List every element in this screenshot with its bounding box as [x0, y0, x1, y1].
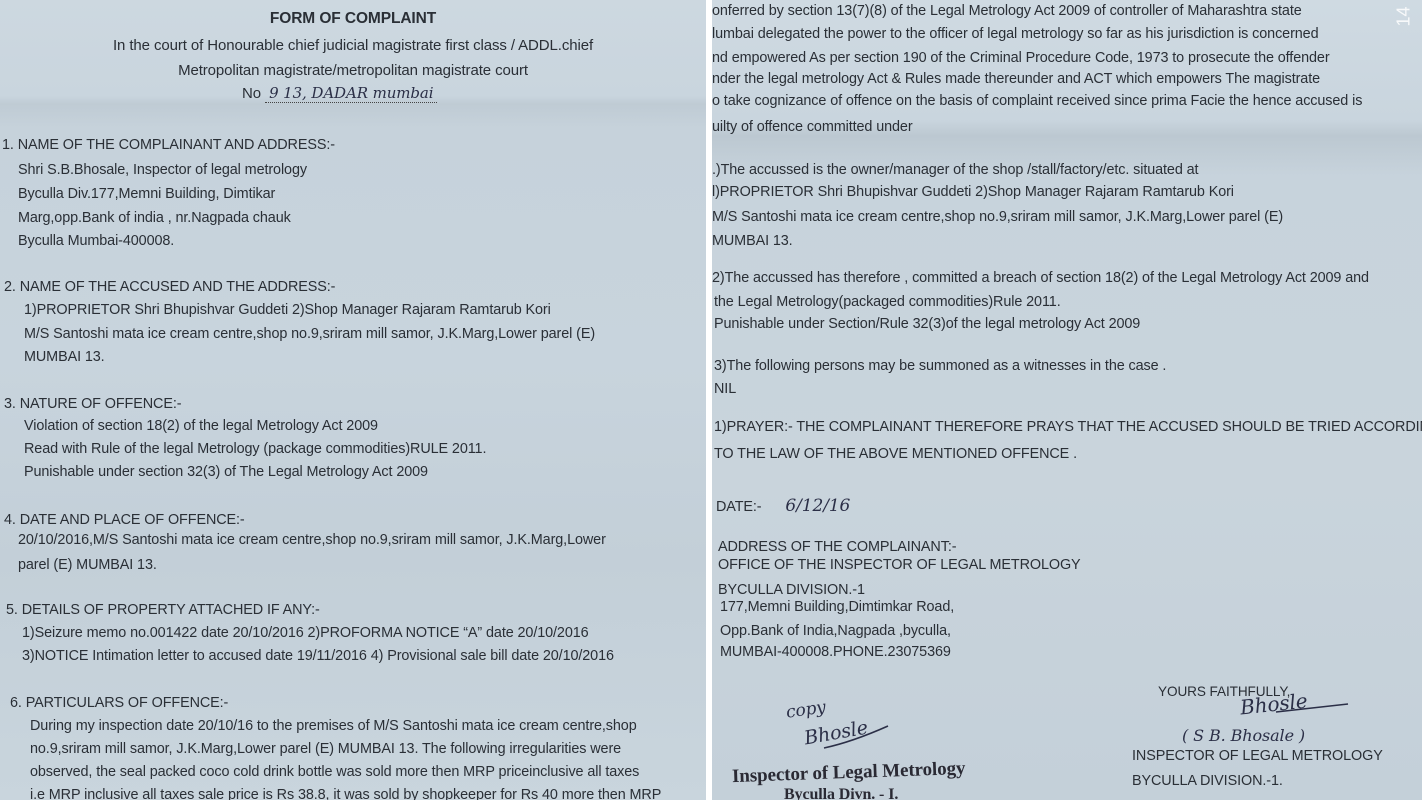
signatory-title: INSPECTOR OF LEGAL METROLOGY [1132, 748, 1383, 764]
court-line-1: In the court of Honourable chief judicia… [0, 37, 706, 54]
case-number-handwritten: 9 13, DADAR mumbai [265, 84, 437, 103]
section-3-heading: 3. NATURE OF OFFENCE:- [4, 396, 181, 412]
section-3-line: Read with Rule of the legal Metrology (p… [24, 441, 486, 457]
section-6-line: i.e MRP inclusive all taxes sale price i… [30, 787, 661, 800]
date-label: DATE:- [716, 499, 762, 515]
item-1-line: MUMBAI 13. [712, 233, 793, 249]
prayer-line: TO THE LAW OF THE ABOVE MENTIONED OFFENC… [714, 446, 1077, 462]
section-6-heading: 6. PARTICULARS OF OFFENCE:- [10, 695, 228, 711]
official-stamp-line-1: Inspector of Legal Metrology [732, 758, 966, 788]
section-6-line: During my inspection date 20/10/16 to th… [30, 718, 637, 734]
item-3-line: 3)The following persons may be summoned … [714, 358, 1166, 374]
item-2-line: 2)The accussed has therefore , committed… [712, 270, 1369, 286]
intro-line: lumbai delegated the power to the office… [712, 26, 1318, 42]
official-stamp-line-2: Byculla Divn. - I. [784, 786, 898, 800]
complainant-address-line: OFFICE OF THE INSPECTOR OF LEGAL METROLO… [718, 557, 1081, 573]
item-2-line: the Legal Metrology(packaged commodities… [714, 294, 1061, 310]
section-3-line: Punishable under section 32(3) of The Le… [24, 464, 428, 480]
section-5-heading: 5. DETAILS OF PROPERTY ATTACHED IF ANY:- [6, 602, 320, 618]
item-2-line: Punishable under Section/Rule 32(3)of th… [714, 316, 1140, 332]
case-number-label: No [242, 85, 261, 102]
section-5-line: 1)Seizure memo no.001422 date 20/10/2016… [22, 625, 589, 641]
date-field: DATE:- 6/12/16 [716, 496, 850, 516]
section-4-line: parel (E) MUMBAI 13. [18, 557, 157, 573]
section-4-line: 20/10/2016,M/S Santoshi mata ice cream c… [18, 532, 606, 548]
intro-line: uilty of offence committed under [712, 119, 913, 135]
section-1-heading: 1. NAME OF THE COMPLAINANT AND ADDRESS:- [2, 137, 335, 153]
section-4-heading: 4. DATE AND PLACE OF OFFENCE:- [4, 512, 245, 528]
intro-line: o take cognizance of offence on the basi… [712, 93, 1362, 109]
complainant-address-line: 177,Memni Building,Dimtimkar Road, [720, 599, 954, 615]
item-1-line: l)PROPRIETOR Shri Bhupishvar Guddeti 2)S… [712, 184, 1234, 200]
signature-underline-icon [1272, 696, 1352, 716]
section-6-line: observed, the seal packed coco cold drin… [30, 764, 639, 780]
complainant-address-line: ADDRESS OF THE COMPLAINANT:- [718, 539, 956, 555]
signature-flourish-icon [822, 722, 892, 752]
form-title: FORM OF COMPLAINT [0, 10, 706, 28]
page-mark: 14 [1393, 6, 1414, 26]
section-1-line: Shri S.B.Bhosale, Inspector of legal met… [18, 162, 307, 178]
section-1-line: Byculla Mumbai-400008. [18, 233, 174, 249]
intro-line: nder the legal metrology Act & Rules mad… [712, 71, 1320, 87]
complaint-page-right: 14 onferred by section 13(7)(8) of the L… [712, 0, 1422, 800]
intro-line: onferred by section 13(7)(8) of the Lega… [712, 3, 1302, 19]
section-2-heading: 2. NAME OF THE ACCUSED AND THE ADDRESS:- [4, 279, 335, 295]
signatory-name-handwritten: ( S B. Bhosale ) [1182, 726, 1305, 745]
court-line-2: Metropolitan magistrate/metropolitan mag… [0, 62, 706, 79]
section-2-line: M/S Santoshi mata ice cream centre,shop … [24, 326, 595, 342]
section-6-line: no.9,sriram mill samor, J.K.Marg,Lower p… [30, 741, 621, 757]
prayer-line: 1)PRAYER:- THE COMPLAINANT THEREFORE PRA… [714, 419, 1422, 435]
section-1-line: Byculla Div.177,Memni Building, Dimtikar [18, 186, 275, 202]
complainant-address-line: Opp.Bank of India,Nagpada ,byculla, [720, 623, 951, 639]
item-1-line: M/S Santoshi mata ice cream centre,shop … [712, 209, 1283, 225]
date-handwritten: 6/12/16 [785, 496, 850, 516]
complaint-page-left: FORM OF COMPLAINT In the court of Honour… [0, 0, 706, 800]
intro-line: nd empowered As per section 190 of the C… [712, 50, 1330, 66]
signatory-division: BYCULLA DIVISION.-1. [1132, 773, 1283, 789]
section-1-line: Marg,opp.Bank of india , nr.Nagpada chau… [18, 210, 291, 226]
item-1-line: .)The accussed is the owner/manager of t… [712, 162, 1198, 178]
section-2-line: MUMBAI 13. [24, 349, 105, 365]
section-3-line: Violation of section 18(2) of the legal … [24, 418, 378, 434]
witnesses-value: NIL [714, 381, 736, 397]
section-2-line: 1)PROPRIETOR Shri Bhupishvar Guddeti 2)S… [24, 302, 551, 318]
copy-note: copy [785, 697, 827, 722]
case-number: No 9 13, DADAR mumbai [242, 84, 437, 102]
complainant-address-line: BYCULLA DIVISION.-1 [718, 582, 865, 598]
section-5-line: 3)NOTICE Intimation letter to accused da… [22, 648, 614, 664]
complainant-address-line: MUMBAI-400008.PHONE.23075369 [720, 644, 951, 660]
